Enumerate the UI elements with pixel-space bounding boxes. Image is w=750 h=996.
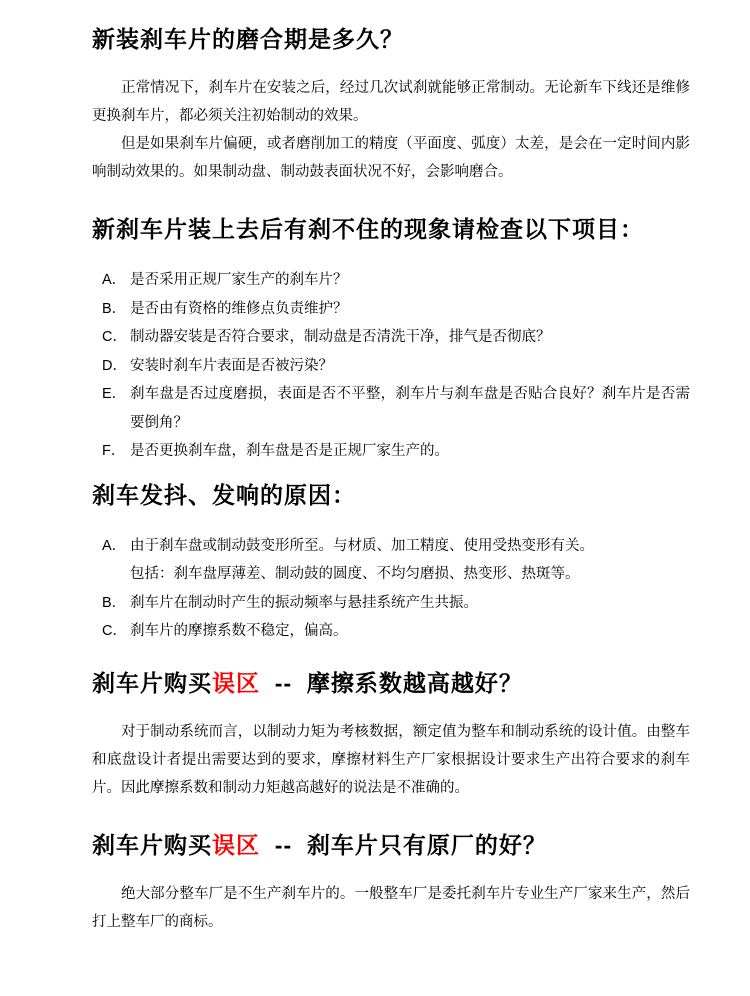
section-myth-oem: 刹车片购买误区 -- 刹车片只有原厂的好？ 绝大部分整车厂是不生产刹车片的。一般…: [92, 830, 690, 936]
list-item: A． 是否采用正规厂家生产的刹车片？: [102, 266, 690, 295]
list-item: B． 刹车片在制动时产生的振动频率与悬挂系统产生共振。: [102, 589, 690, 618]
title-prefix: 刹车片购买: [92, 832, 212, 858]
title-suffix: -- 摩擦系数越高越好？: [260, 670, 523, 696]
document-page: 新装刹车片的磨合期是多久？ 正常情况下，刹车片在安装之后，经过几次试刹就能够正常…: [0, 0, 750, 996]
paragraph: 但是如果刹车片偏硬，或者磨削加工的精度（平面度、弧度）太差，是会在一定时间内影响…: [92, 130, 690, 186]
list-item-letter: B．: [102, 295, 130, 324]
section-break-in: 新装刹车片的磨合期是多久？ 正常情况下，刹车片在安装之后，经过几次试刹就能够正常…: [92, 24, 690, 186]
list-item-letter: C．: [102, 323, 130, 352]
list-item-text: 刹车片的摩擦系数不稳定，偏高。: [130, 617, 690, 646]
myth-oem-paragraphs: 绝大部分整车厂是不生产刹车片的。一般整车厂是委托刹车片专业生产厂家来生产，然后打…: [92, 880, 690, 936]
list-item: E． 刹车盘是否过度磨损，表面是否不平整，刹车片与刹车盘是否贴合良好？刹车片是否…: [102, 380, 690, 437]
paragraph: 绝大部分整车厂是不生产刹车片的。一般整车厂是委托刹车片专业生产厂家来生产，然后打…: [92, 880, 690, 936]
title-highlight-red: 误区: [212, 832, 260, 858]
list-item-text: 刹车片在制动时产生的振动频率与悬挂系统产生共振。: [130, 589, 690, 618]
list-item: C． 刹车片的摩擦系数不稳定，偏高。: [102, 617, 690, 646]
title-suffix: -- 刹车片只有原厂的好？: [260, 832, 547, 858]
list-item-letter: D．: [102, 352, 130, 381]
title-prefix: 刹车片购买: [92, 670, 212, 696]
list-item-text: 刹车盘是否过度磨损，表面是否不平整，刹车片与刹车盘是否贴合良好？刹车片是否需要倒…: [130, 380, 690, 437]
section-judder: 刹车发抖、发响的原因： A． 由于刹车盘或制动鼓变形所至。与材质、加工精度、使用…: [92, 480, 690, 646]
section-myth-friction: 刹车片购买误区 -- 摩擦系数越高越好？ 对于制动系统而言，以制动力矩为考核数据…: [92, 668, 690, 802]
title-highlight-red: 误区: [212, 670, 260, 696]
section-title-myth-friction: 刹车片购买误区 -- 摩擦系数越高越好？: [92, 668, 690, 698]
list-item-letter: C．: [102, 617, 130, 646]
myth-friction-paragraphs: 对于制动系统而言，以制动力矩为考核数据，额定值为整车和制动系统的设计值。由整车和…: [92, 718, 690, 802]
section-title-checklist: 新刹车片装上去后有刹不住的现象请检查以下项目：: [92, 214, 690, 244]
list-item: F． 是否更换刹车盘，刹车盘是否是正规厂家生产的。: [102, 437, 690, 466]
break-in-paragraphs: 正常情况下，刹车片在安装之后，经过几次试刹就能够正常制动。无论新车下线还是维修更…: [92, 74, 690, 186]
checklist-list: A． 是否采用正规厂家生产的刹车片？ B． 是否由有资格的维修点负责维护？ C．…: [92, 266, 690, 466]
list-item-letter: E．: [102, 380, 130, 437]
list-item-subline: 包括：刹车盘厚薄差、制动鼓的圆度、不均匀磨损、热变形、热斑等。: [130, 560, 690, 589]
list-item-text: 是否更换刹车盘，刹车盘是否是正规厂家生产的。: [130, 437, 690, 466]
list-item: A． 由于刹车盘或制动鼓变形所至。与材质、加工精度、使用受热变形有关。 包括：刹…: [102, 532, 690, 589]
list-item-text: 是否采用正规厂家生产的刹车片？: [130, 266, 690, 295]
section-title-judder: 刹车发抖、发响的原因：: [92, 480, 690, 510]
list-item: B． 是否由有资格的维修点负责维护？: [102, 295, 690, 324]
paragraph: 对于制动系统而言，以制动力矩为考核数据，额定值为整车和制动系统的设计值。由整车和…: [92, 718, 690, 802]
list-item: D． 安装时刹车片表面是否被污染？: [102, 352, 690, 381]
list-item-main: 由于刹车盘或制动鼓变形所至。与材质、加工精度、使用受热变形有关。: [130, 538, 594, 554]
list-item-text: 制动器安装是否符合要求，制动盘是否清洗干净，排气是否彻底？: [130, 323, 690, 352]
list-item-text: 是否由有资格的维修点负责维护？: [130, 295, 690, 324]
list-item-letter: F．: [102, 437, 130, 466]
section-title-break-in: 新装刹车片的磨合期是多久？: [92, 24, 690, 54]
section-title-myth-oem: 刹车片购买误区 -- 刹车片只有原厂的好？: [92, 830, 690, 860]
paragraph: 正常情况下，刹车片在安装之后，经过几次试刹就能够正常制动。无论新车下线还是维修更…: [92, 74, 690, 130]
list-item-text: 由于刹车盘或制动鼓变形所至。与材质、加工精度、使用受热变形有关。 包括：刹车盘厚…: [130, 532, 690, 589]
judder-list: A． 由于刹车盘或制动鼓变形所至。与材质、加工精度、使用受热变形有关。 包括：刹…: [92, 532, 690, 646]
list-item-letter: A．: [102, 266, 130, 295]
list-item-letter: A．: [102, 532, 130, 589]
section-checklist: 新刹车片装上去后有刹不住的现象请检查以下项目： A． 是否采用正规厂家生产的刹车…: [92, 214, 690, 466]
list-item-text: 安装时刹车片表面是否被污染？: [130, 352, 690, 381]
list-item: C． 制动器安装是否符合要求，制动盘是否清洗干净，排气是否彻底？: [102, 323, 690, 352]
list-item-letter: B．: [102, 589, 130, 618]
